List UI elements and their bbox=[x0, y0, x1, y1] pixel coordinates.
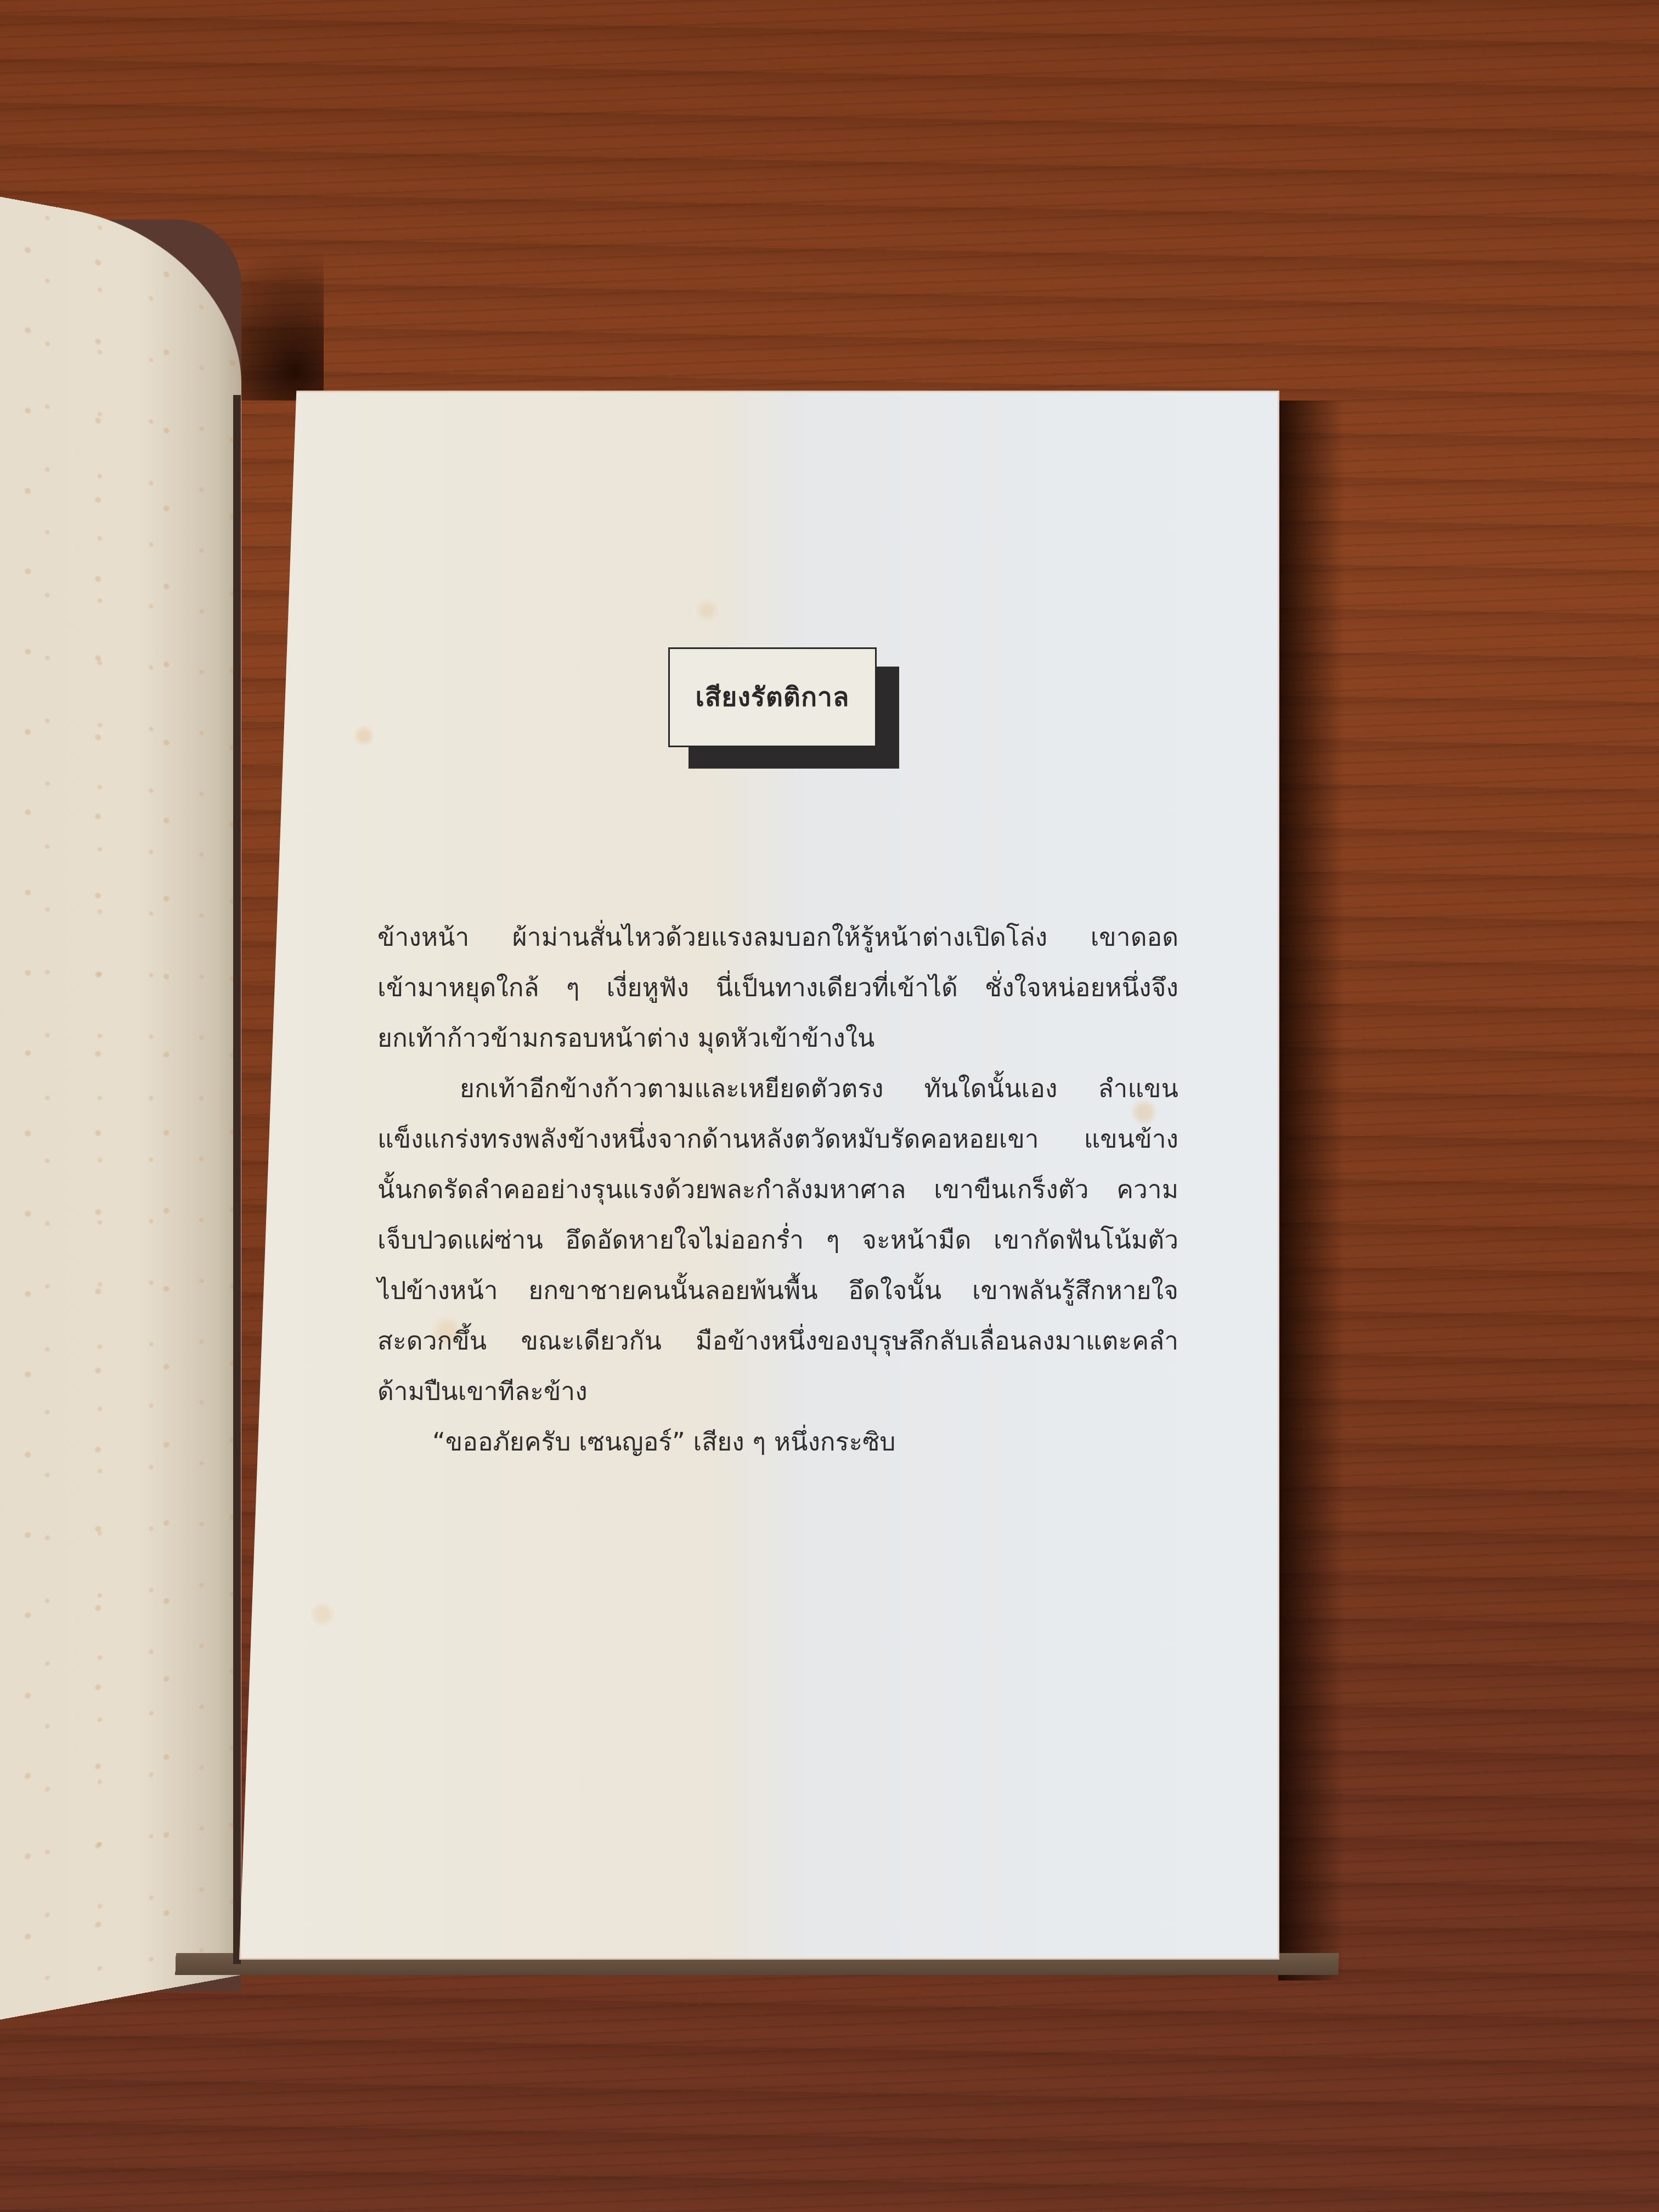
text-line: นั้นกดรัดลำคออย่างรุนแรงด้วยพละกำลังมหาศ… bbox=[377, 1164, 1178, 1215]
chapter-body-text: ข้างหน้า ผ้าม่านสั่นไหวด้วยแรงลมบอกให้รู… bbox=[377, 912, 1178, 1467]
text-line: สะดวกขึ้น ขณะเดียวกัน มือข้างหนึ่งของบุร… bbox=[377, 1316, 1178, 1366]
left-page bbox=[0, 193, 241, 2024]
text-line: แข็งแกร่งทรงพลังข้างหนึ่งจากด้านหลังตวัด… bbox=[377, 1114, 1178, 1164]
text-line: ด้ามปืนเขาทีละข้าง bbox=[377, 1366, 1178, 1417]
dialogue-line: “ขออภัยครับ เซนญอร์” เสียง ๆ หนึ่งกระซิบ bbox=[377, 1417, 1178, 1467]
book-gutter bbox=[233, 395, 241, 1964]
text-line: ยกเท้าอีกข้างก้าวตามและเหยียดตัวตรง ทันใ… bbox=[377, 1063, 1178, 1114]
text-line: ยกเท้าก้าวข้ามกรอบหน้าต่าง มุดหัวเข้าข้า… bbox=[377, 1013, 1178, 1063]
text-line: ข้างหน้า ผ้าม่านสั่นไหวด้วยแรงลมบอกให้รู… bbox=[377, 912, 1178, 962]
text-line: เจ็บปวดแผ่ซ่าน อึดอัดหายใจไม่ออกร่ำ ๆ จะ… bbox=[377, 1215, 1178, 1265]
text-line: ไปข้างหน้า ยกขาชายคนนั้นลอยพ้นพื้น อึดใจ… bbox=[377, 1265, 1178, 1316]
page-shadow-right bbox=[1278, 400, 1344, 1980]
text-line: เข้ามาหยุดใกล้ ๆ เงี่ยหูฟัง นี่เป็นทางเด… bbox=[377, 962, 1178, 1013]
chapter-title-box: เสียงรัตติกาล bbox=[668, 647, 877, 747]
chapter-title: เสียงรัตติกาล bbox=[696, 676, 850, 718]
